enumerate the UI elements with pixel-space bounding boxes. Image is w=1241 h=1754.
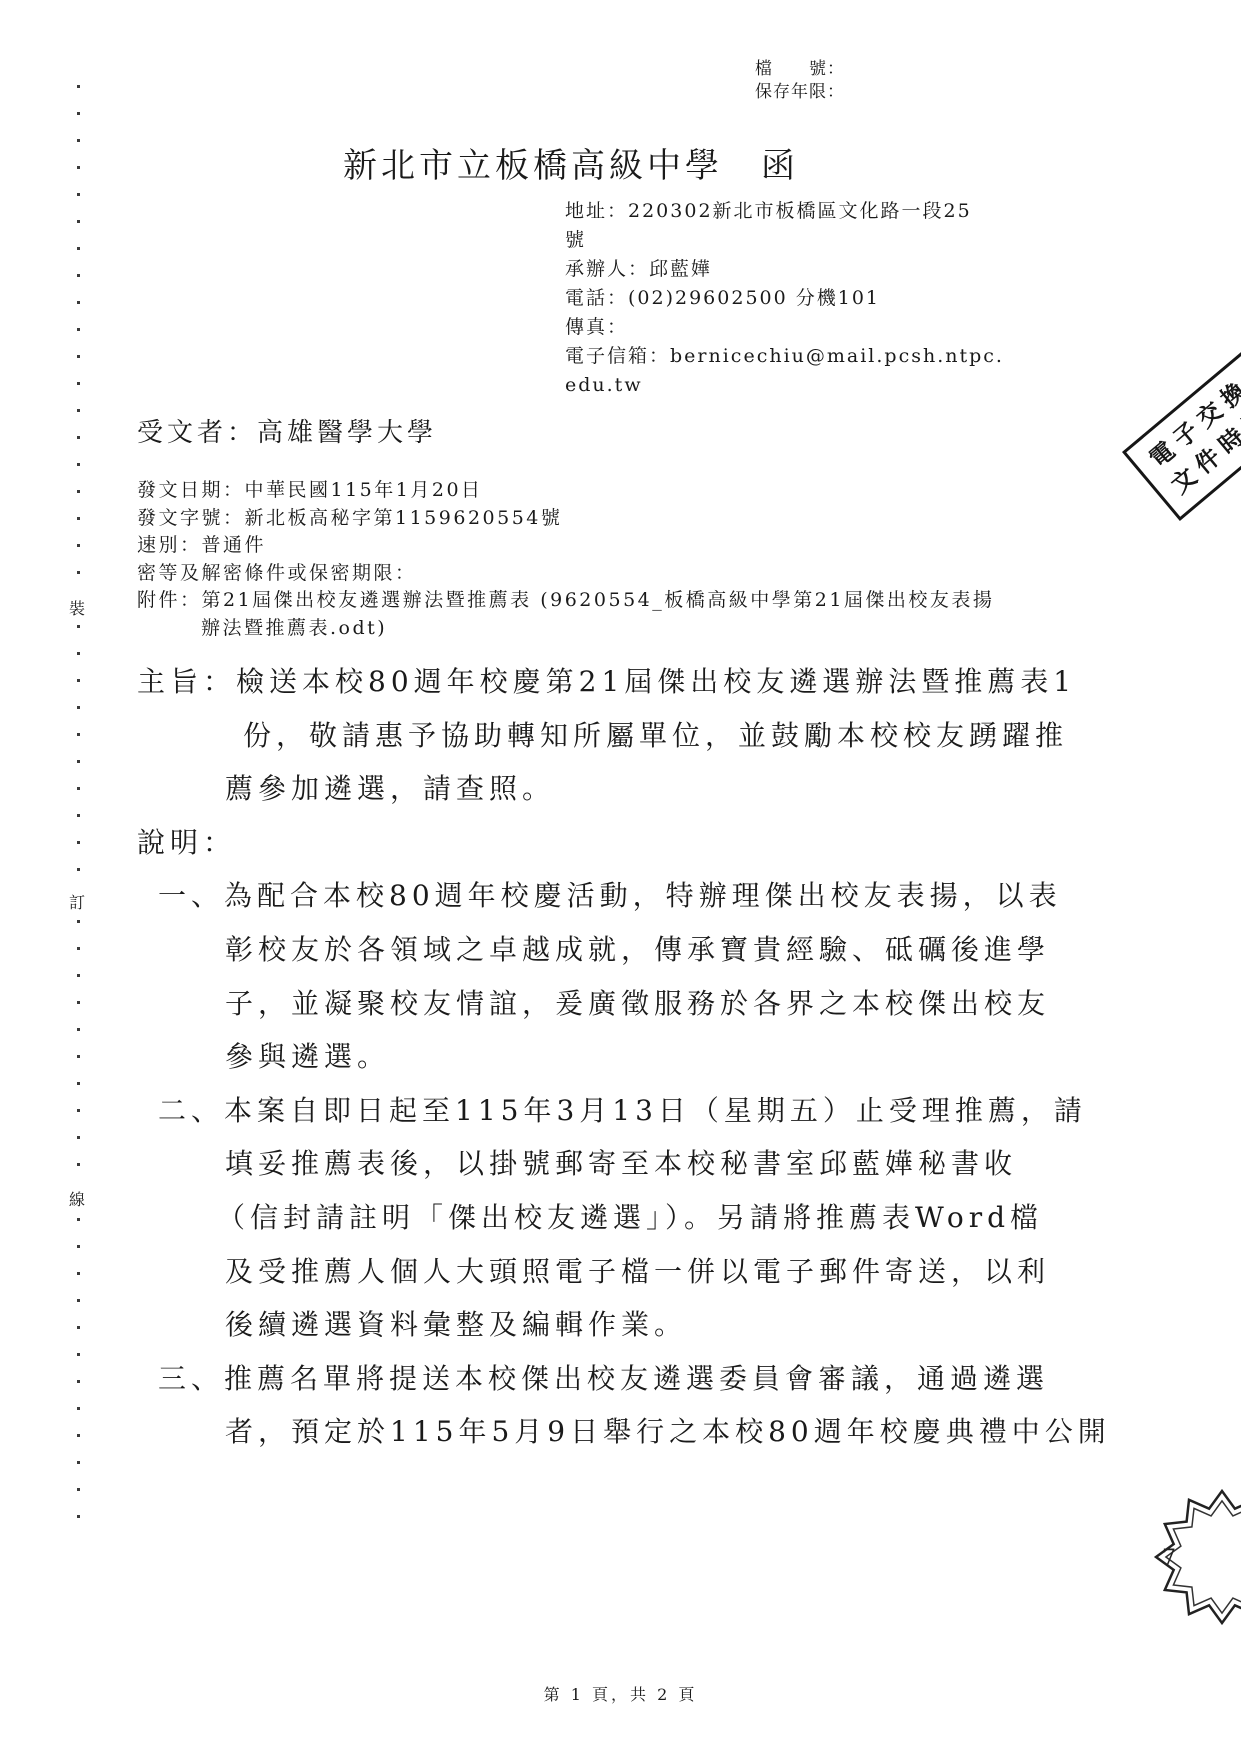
explanation-item-1: 彰校友於各領域之卓越成就，傳承寶貴經驗、砥礪後進學 bbox=[137, 923, 1111, 977]
meta-block: 發文日期：中華民國115年1月20日 發文字號：新北板高秘字第115962055… bbox=[137, 477, 994, 643]
binding-mark-zhuang: 裝 bbox=[69, 596, 85, 619]
sender-fax-line: 傳真： bbox=[565, 313, 1004, 342]
explanation-item-1: 一、為配合本校80週年校慶活動，特辦理傑出校友表揚，以表 bbox=[137, 869, 1111, 923]
ref-number-line: 發文字號：新北板高秘字第1159620554號 bbox=[137, 505, 994, 533]
document-title: 新北市立板橋高級中學 函 bbox=[343, 138, 799, 187]
file-number-label: 檔 號： bbox=[755, 58, 845, 81]
sender-info-block: 地址：220302新北市板橋區文化路一段25 號 承辦人：邱藍嬅 電話：(02)… bbox=[565, 197, 1004, 400]
retention-period-label: 保存年限： bbox=[755, 81, 845, 104]
binding-dotted-line bbox=[77, 85, 80, 585]
explanation-header: 說明： bbox=[137, 816, 1111, 870]
binding-mark-ding: 訂 bbox=[69, 890, 85, 913]
recipient-line: 受文者：高雄醫學大學 bbox=[137, 412, 437, 449]
explanation-item-2: 後續遴選資料彙整及編輯作業。 bbox=[137, 1298, 1111, 1352]
binding-mark-xian: 線 bbox=[69, 1187, 85, 1210]
attachment-line: 辦法暨推薦表.odt) bbox=[137, 615, 994, 643]
page-seal-stamp: 7 bbox=[1152, 1487, 1241, 1627]
body-text-block: 主旨：檢送本校80週年校慶第21屆傑出校友遴選辦法暨推薦表1 份，敬請惠予協助轉… bbox=[137, 655, 1111, 1459]
speed-class-line: 速別：普通件 bbox=[137, 532, 994, 560]
seal-number: 7 bbox=[1162, 1546, 1176, 1571]
page-number: 第 1 頁，共 2 頁 bbox=[0, 1682, 1241, 1705]
security-class-line: 密等及解密條件或保密期限： bbox=[137, 560, 994, 588]
binding-dotted-line bbox=[77, 1218, 80, 1523]
attachment-line: 附件：第21屆傑出校友遴選辦法暨推薦表 (9620554_板橋高級中學第21屆傑… bbox=[137, 587, 994, 615]
subject-line: 份，敬請惠予協助轉知所屬單位，並鼓勵本校校友踴躍推 bbox=[137, 709, 1111, 763]
explanation-item-2: （信封請註明「傑出校友遴選」）。另請將推薦表Word檔 bbox=[137, 1191, 1111, 1245]
explanation-item-1: 參與遴選。 bbox=[137, 1030, 1111, 1084]
sender-address-line: 地址：220302新北市板橋區文化路一段25 bbox=[565, 197, 1004, 226]
document-page: 檔 號： 保存年限： 新北市立板橋高級中學 函 地址：220302新北市板橋區文… bbox=[0, 0, 1241, 1754]
file-number-block: 檔 號： 保存年限： bbox=[755, 58, 845, 104]
sender-email-line: edu.tw bbox=[565, 371, 1004, 400]
sender-phone-line: 電話：(02)29602500 分機101 bbox=[565, 284, 1004, 313]
subject-line: 主旨：檢送本校80週年校慶第21屆傑出校友遴選辦法暨推薦表1 bbox=[137, 655, 1111, 709]
explanation-item-1: 子，並凝聚校友情誼，爰廣徵服務於各界之本校傑出校友 bbox=[137, 977, 1111, 1031]
explanation-item-2: 填妥推薦表後，以掛號郵寄至本校秘書室邱藍嬅秘書收 bbox=[137, 1137, 1111, 1191]
explanation-item-2: 及受推薦人個人大頭照電子檔一併以電子郵件寄送，以利 bbox=[137, 1245, 1111, 1299]
binding-dotted-line bbox=[77, 920, 80, 1178]
subject-line: 薦參加遴選，請查照。 bbox=[137, 762, 1111, 816]
explanation-item-3: 者，預定於115年5月9日舉行之本校80週年校慶典禮中公開 bbox=[137, 1405, 1111, 1459]
sender-email-line: 電子信箱：bernicechiu@mail.pcsh.ntpc. bbox=[565, 342, 1004, 371]
sender-address-line: 號 bbox=[565, 226, 1004, 255]
electronic-exchange-stamp: 電子交換 文件時間 bbox=[1122, 350, 1241, 521]
explanation-item-2: 二、本案自即日起至115年3月13日（星期五）止受理推薦，請 bbox=[137, 1084, 1111, 1138]
sender-contact-line: 承辦人：邱藍嬅 bbox=[565, 255, 1004, 284]
binding-dotted-line bbox=[77, 625, 80, 880]
issue-date-line: 發文日期：中華民國115年1月20日 bbox=[137, 477, 994, 505]
explanation-item-3: 三、推薦名單將提送本校傑出校友遴選委員會審議，通過遴選 bbox=[137, 1352, 1111, 1406]
